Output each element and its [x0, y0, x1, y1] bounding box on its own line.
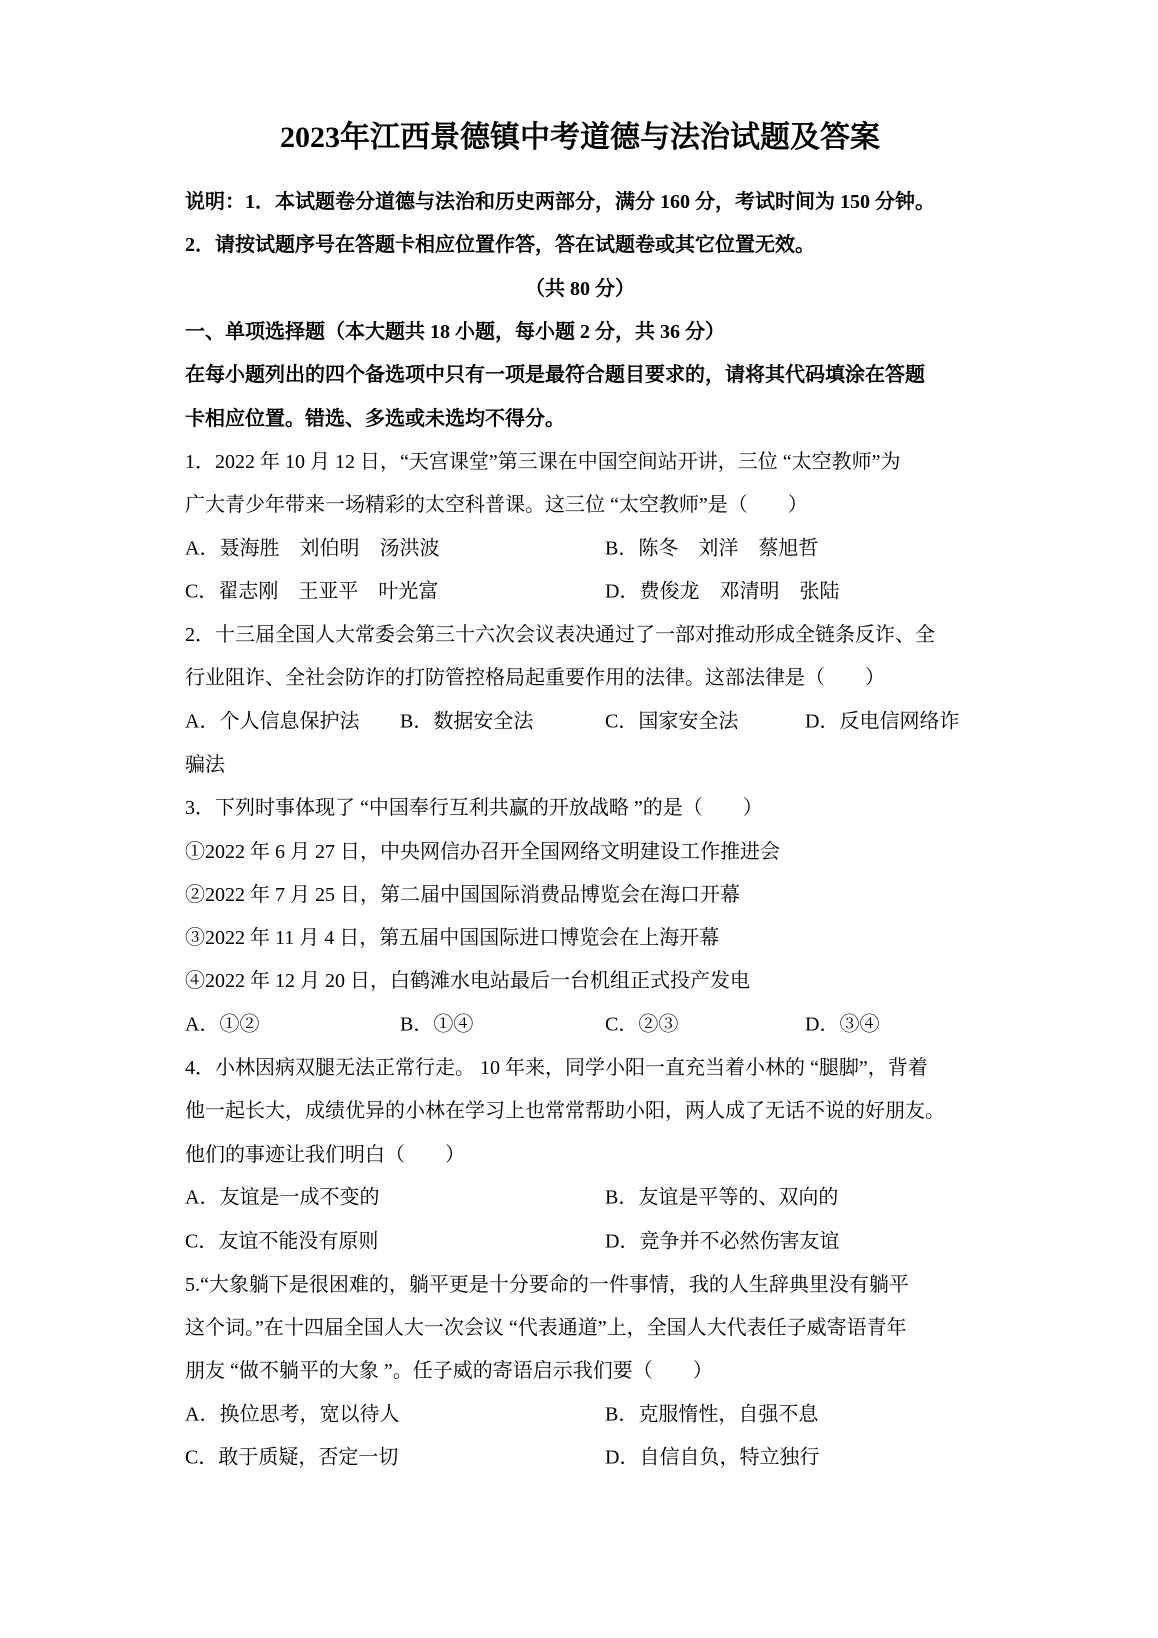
- exam-note-line-2: 2．请按试题序号在答题卡相应位置作答，答在试题卷或其它位置无效。: [185, 221, 975, 264]
- q5-stem-line-1: 5.“大象躺下是很困难的，躺平更是十分要命的一件事情，我的人生辞典里没有躺平: [185, 1260, 975, 1303]
- q3-option-d: D．③④: [805, 1008, 879, 1037]
- q5-options-row-ab: A．换位思考，宽以待人 B．克服惰性，自强不息: [185, 1390, 975, 1433]
- q5-option-a: A．换位思考，宽以待人: [185, 1397, 399, 1426]
- q3-item-3: ③2022 年 11 月 4 日，第五届中国国际进口博览会在上海开幕: [185, 914, 975, 957]
- q2-option-c: C．国家安全法: [605, 705, 738, 734]
- q3-option-a: A．①②: [185, 1008, 259, 1037]
- q1-option-b: B．陈冬 刘洋 蔡旭哲: [605, 532, 818, 561]
- q4-stem-line-3: 他们的事迹让我们明白（ ）: [185, 1131, 975, 1174]
- q4-options-row-ab: A．友谊是一成不变的 B．友谊是平等的、双向的: [185, 1174, 975, 1217]
- q2-option-a: A．个人信息保护法: [185, 705, 359, 734]
- q1-stem-line-1: 1．2022 年 10 月 12 日，“天宫课堂”第三课在中国空间站开讲，三位 …: [185, 438, 975, 481]
- q5-options-row-cd: C．敢于质疑，否定一切 D．自信自负，特立独行: [185, 1434, 975, 1477]
- q5-stem-line-3: 朋友 “做不躺平的大象 ”。任子威的寄语启示我们要（ ）: [185, 1347, 975, 1390]
- q1-options-row-ab: A．聂海胜 刘伯明 汤洪波 B．陈冬 刘洋 蔡旭哲: [185, 524, 975, 567]
- q1-option-d: D．费俊龙 邓清明 张陆: [605, 575, 839, 604]
- q5-stem-line-2: 这个词。”在十四届全国人大一次会议 “代表通道”上，全国人大代表任子威寄语青年: [185, 1304, 975, 1347]
- q4-stem-line-1: 4．小林因病双腿无法正常行走。 10 年来，同学小阳一直充当着小林的 “腿脚”，…: [185, 1044, 975, 1087]
- q1-options-row-cd: C．翟志刚 王亚平 叶光富 D．费俊龙 邓清明 张陆: [185, 568, 975, 611]
- document-content: 2023年江西景德镇中考道德与法治试题及答案 说明：1．本试题卷分道德与法治和历…: [185, 0, 975, 1477]
- q4-option-c: C．友谊不能没有原则: [185, 1224, 378, 1253]
- exam-document-page: 2023年江西景德镇中考道德与法治试题及答案 说明：1．本试题卷分道德与法治和历…: [0, 0, 1158, 1638]
- q2-option-b: B．数据安全法: [400, 705, 533, 734]
- q2-stem-line-2: 行业阻诈、全社会防诈的打防管控格局起重要作用的法律。这部法律是（ ）: [185, 654, 975, 697]
- q4-option-b: B．友谊是平等的、双向的: [605, 1181, 838, 1210]
- q3-option-b: B．①④: [400, 1008, 473, 1037]
- q3-stem-line-1: 3．下列时事体现了 “中国奉行互利共赢的开放战略 ”的是（ ）: [185, 784, 975, 827]
- exam-note-line-1: 说明：1．本试题卷分道德与法治和历史两部分，满分 160 分，考试时间为 150…: [185, 178, 975, 221]
- q2-stem-line-1: 2．十三届全国人大常委会第三十六次会议表决通过了一部对推动形成全链条反诈、全: [185, 611, 975, 654]
- q5-option-c: C．敢于质疑，否定一切: [185, 1441, 398, 1470]
- total-score-line: （共 80 分）: [185, 265, 975, 308]
- page-title: 2023年江西景德镇中考道德与法治试题及答案: [185, 115, 975, 160]
- q5-option-d: D．自信自负，特立独行: [605, 1441, 819, 1470]
- q2-option-d: D．反电信网络诈: [805, 705, 959, 734]
- q3-item-2: ②2022 年 7 月 25 日，第二届中国国际消费品博览会在海口开幕: [185, 871, 975, 914]
- q1-option-c: C．翟志刚 王亚平 叶光富: [185, 575, 438, 604]
- q2-options-row: A．个人信息保护法 B．数据安全法 C．国家安全法 D．反电信网络诈: [185, 698, 975, 741]
- q3-item-4: ④2022 年 12 月 20 日，白鹤滩水电站最后一台机组正式投产发电: [185, 957, 975, 1000]
- q4-option-d: D．竞争并不必然伤害友谊: [605, 1224, 839, 1253]
- q3-options-row: A．①② B．①④ C．②③ D．③④: [185, 1001, 975, 1044]
- q3-option-c: C．②③: [605, 1008, 678, 1037]
- q4-option-a: A．友谊是一成不变的: [185, 1181, 379, 1210]
- q2-option-d-continuation: 骗法: [185, 741, 975, 784]
- q4-stem-line-2: 他一起长大，成绩优异的小林在学习上也常常帮助小阳，两人成了无话不说的好朋友。: [185, 1087, 975, 1130]
- q1-stem-line-2: 广大青少年带来一场精彩的太空科普课。这三位 “太空教师”是（ ）: [185, 481, 975, 524]
- q1-option-a: A．聂海胜 刘伯明 汤洪波: [185, 532, 439, 561]
- q3-item-1: ①2022 年 6 月 27 日，中央网信办召开全国网络文明建设工作推进会: [185, 827, 975, 870]
- section-instruction-line-2: 卡相应位置。错选、多选或未选均不得分。: [185, 394, 975, 437]
- section-instruction-line-1: 在每小题列出的四个备选项中只有一项是最符合题目要求的，请将其代码填涂在答题: [185, 351, 975, 394]
- q5-option-b: B．克服惰性，自强不息: [605, 1397, 818, 1426]
- section-heading: 一、单项选择题（本大题共 18 小题，每小题 2 分，共 36 分）: [185, 308, 975, 351]
- q4-options-row-cd: C．友谊不能没有原则 D．竞争并不必然伤害友谊: [185, 1217, 975, 1260]
